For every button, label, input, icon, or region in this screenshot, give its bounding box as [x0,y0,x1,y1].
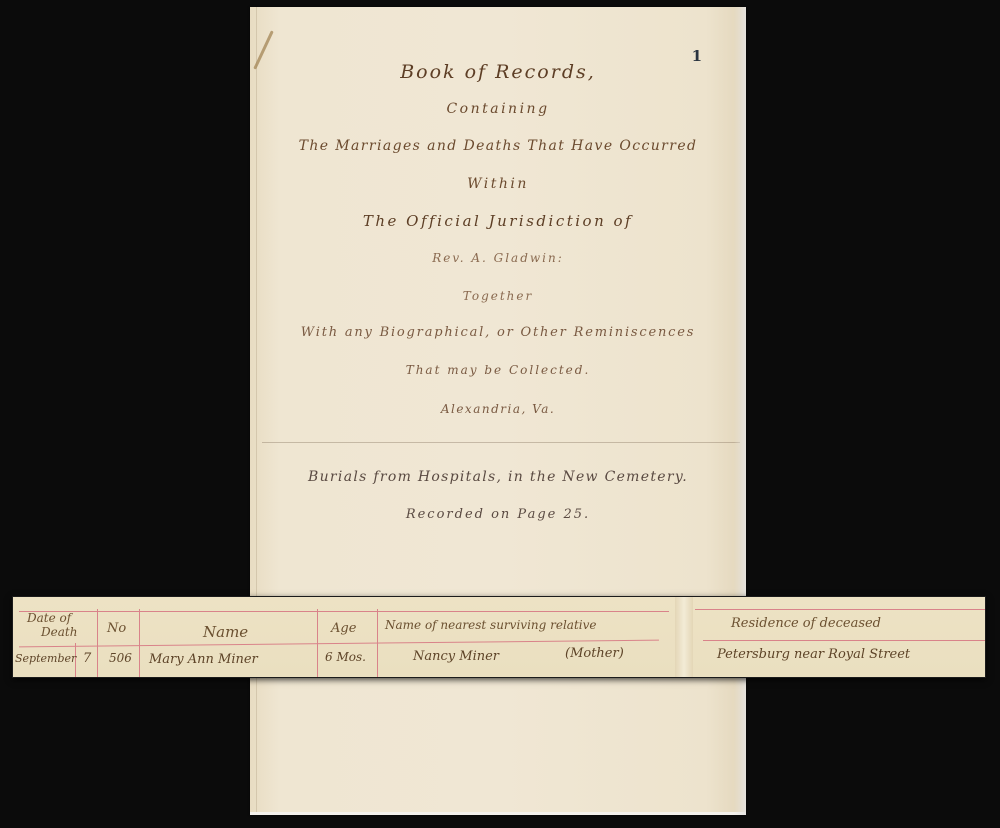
rule-header-left [19,640,659,648]
rule-top-left [19,611,669,612]
line-reverend: Rev. A. Gladwin: [250,251,746,265]
cell-month: September [15,652,76,665]
col-rule-age [377,609,378,677]
header-relative: Name of nearest surviving relative [385,618,597,632]
ledger-row-strip: Date of Death No Name Age Name of neares… [12,596,986,678]
header-death: Death [41,625,77,639]
header-residence: Residence of deceased [731,616,881,631]
book-title: Book of Records, [250,61,746,83]
cell-relative-name: Nancy Miner [413,649,499,664]
line-reminiscences: With any Biographical, or Other Reminisc… [250,325,746,340]
header-age: Age [331,621,356,636]
line-marriages-deaths: The Marriages and Deaths That Have Occur… [250,138,746,154]
burials-note: Burials from Hospitals, in the New Cemet… [250,469,746,485]
rule-top-right [695,609,985,610]
cell-residence: Petersburg near Royal Street [717,647,910,662]
cell-day: 7 [83,651,91,666]
col-rule-no [139,609,140,677]
recorded-note: Recorded on Page 25. [250,507,746,522]
line-together: Together [250,289,746,303]
header-date-of: Date of [27,611,71,625]
col-rule-name [317,609,318,677]
book-gutter [675,597,693,677]
rule-header-right [703,640,985,641]
cell-age: 6 Mos. [325,650,366,664]
page-divider [262,442,740,443]
line-within: Within [250,176,746,192]
line-containing: Containing [250,101,746,117]
header-no: No [107,621,126,636]
cell-number: 506 [109,651,132,665]
ledger-title-page: 1 Book of Records, Containing The Marria… [250,7,746,815]
line-official-jurisdiction: The Official Jurisdiction of [250,212,746,230]
page-edge [250,812,746,815]
cell-relation: (Mother) [565,646,624,661]
cell-name: Mary Ann Miner [149,652,258,667]
line-collected: That may be Collected. [250,363,746,377]
header-name: Name [203,623,248,641]
line-location: Alexandria, Va. [250,402,746,416]
col-rule-date [97,609,98,677]
